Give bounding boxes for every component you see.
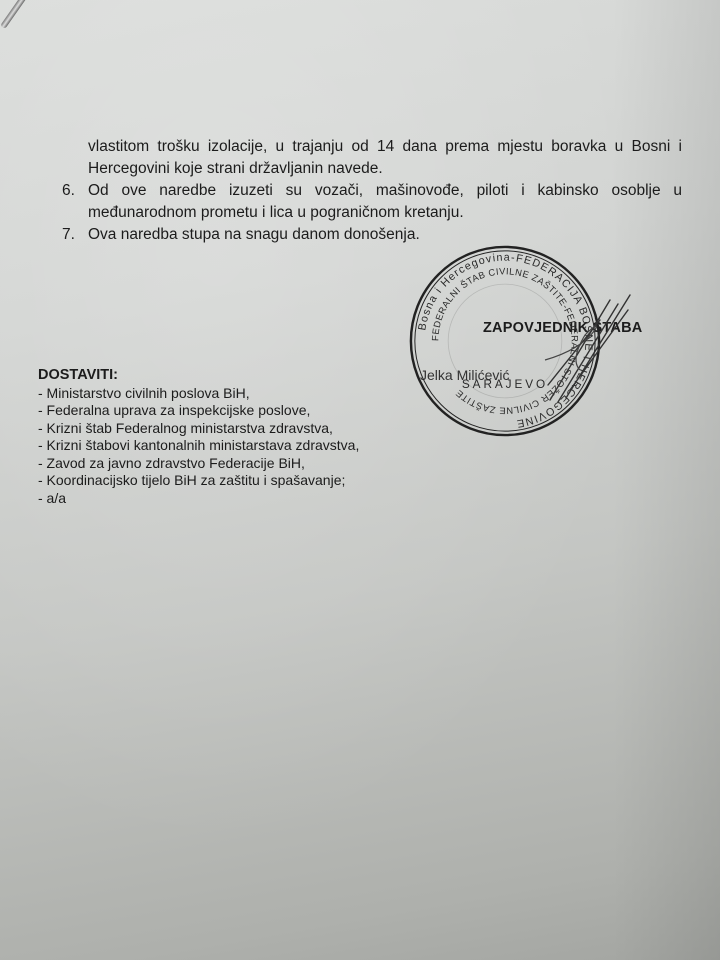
- distribution-item: - Zavod za javno zdravstvo Federacije Bi…: [38, 455, 359, 473]
- handwritten-signature-icon: [540, 290, 640, 410]
- list-number: 6.: [62, 180, 75, 202]
- distribution-item: - a/a: [38, 490, 359, 508]
- stamp-center-text: SARAJEVO: [462, 378, 548, 391]
- distribution-item: - Krizni štab Federalnog ministarstva zd…: [38, 420, 359, 438]
- list-item-6: 6. Od ove naredbe izuzeti su vozači, maš…: [88, 180, 682, 224]
- distribution-item: - Federalna uprava za inspekcijske poslo…: [38, 402, 359, 420]
- distribution-item: - Ministarstvo civilnih poslova BiH,: [38, 385, 359, 403]
- paragraph-line: Od ove naredbe izuzeti su vozači, mašino…: [88, 180, 682, 202]
- distribution-list: DOSTAVITI: - Ministarstvo civilnih poslo…: [38, 367, 359, 507]
- distribution-item: - Koordinacijsko tijelo BiH za zaštitu i…: [38, 472, 359, 490]
- list-number: 7.: [62, 224, 75, 246]
- paragraph-line: vlastitom trošku izolacije, u trajanju o…: [88, 136, 682, 158]
- continued-paragraph: vlastitom trošku izolacije, u trajanju o…: [88, 136, 682, 180]
- staple: [0, 0, 28, 29]
- document-body: vlastitom trošku izolacije, u trajanju o…: [88, 136, 682, 246]
- distribution-item: - Krizni štabovi kantonalnih ministarsta…: [38, 437, 359, 455]
- distribution-title: DOSTAVITI:: [38, 367, 359, 385]
- paragraph-line: međunarodnom prometu i lica u pogranično…: [88, 202, 682, 224]
- paragraph-line: Hercegovini koje strani državljanin nave…: [88, 158, 682, 180]
